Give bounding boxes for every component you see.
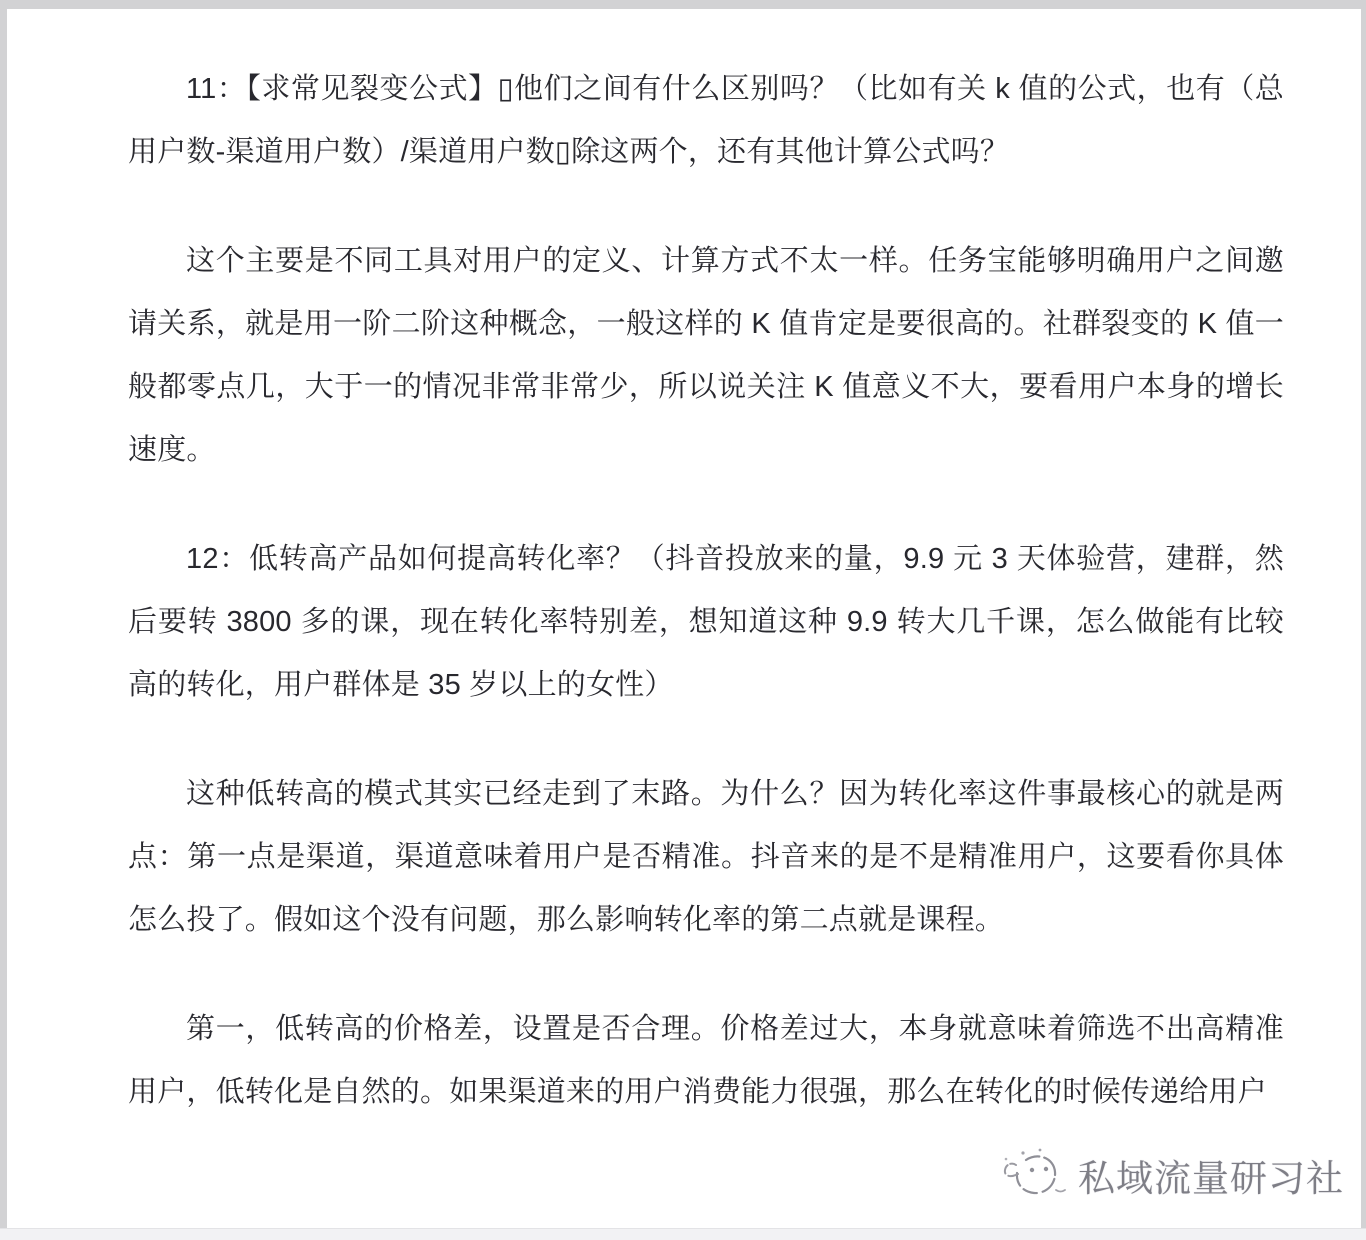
paragraph-question-12: 12：低转高产品如何提高转化率？（抖音投放来的量，9.9 元 3 天体验营，建群… [128, 528, 1284, 717]
paragraph-answer-12-part2: 第一，低转高的价格差，设置是否合理。价格差过大，本身就意味着筛选不出高精准用户，… [128, 998, 1284, 1124]
paragraph-answer-11: 这个主要是不同工具对用户的定义、计算方式不太一样。任务宝能够明确用户之间邀请关系… [128, 230, 1284, 482]
watermark: 私域流量研习社 [996, 1146, 1344, 1204]
document-page: 11：【求常见裂变公式】▯他们之间有什么区别吗？（比如有关 k 值的公式，也有（… [7, 9, 1361, 1228]
page-bottom-edge [0, 1228, 1366, 1240]
doodle-face-icon [996, 1146, 1068, 1204]
paragraph-answer-12-part1: 这种低转高的模式其实已经走到了末路。为什么？因为转化率这件事最核心的就是两点：第… [128, 763, 1284, 952]
watermark-text: 私域流量研习社 [1078, 1148, 1344, 1202]
paragraph-question-11: 11：【求常见裂变公式】▯他们之间有什么区别吗？（比如有关 k 值的公式，也有（… [128, 58, 1284, 184]
